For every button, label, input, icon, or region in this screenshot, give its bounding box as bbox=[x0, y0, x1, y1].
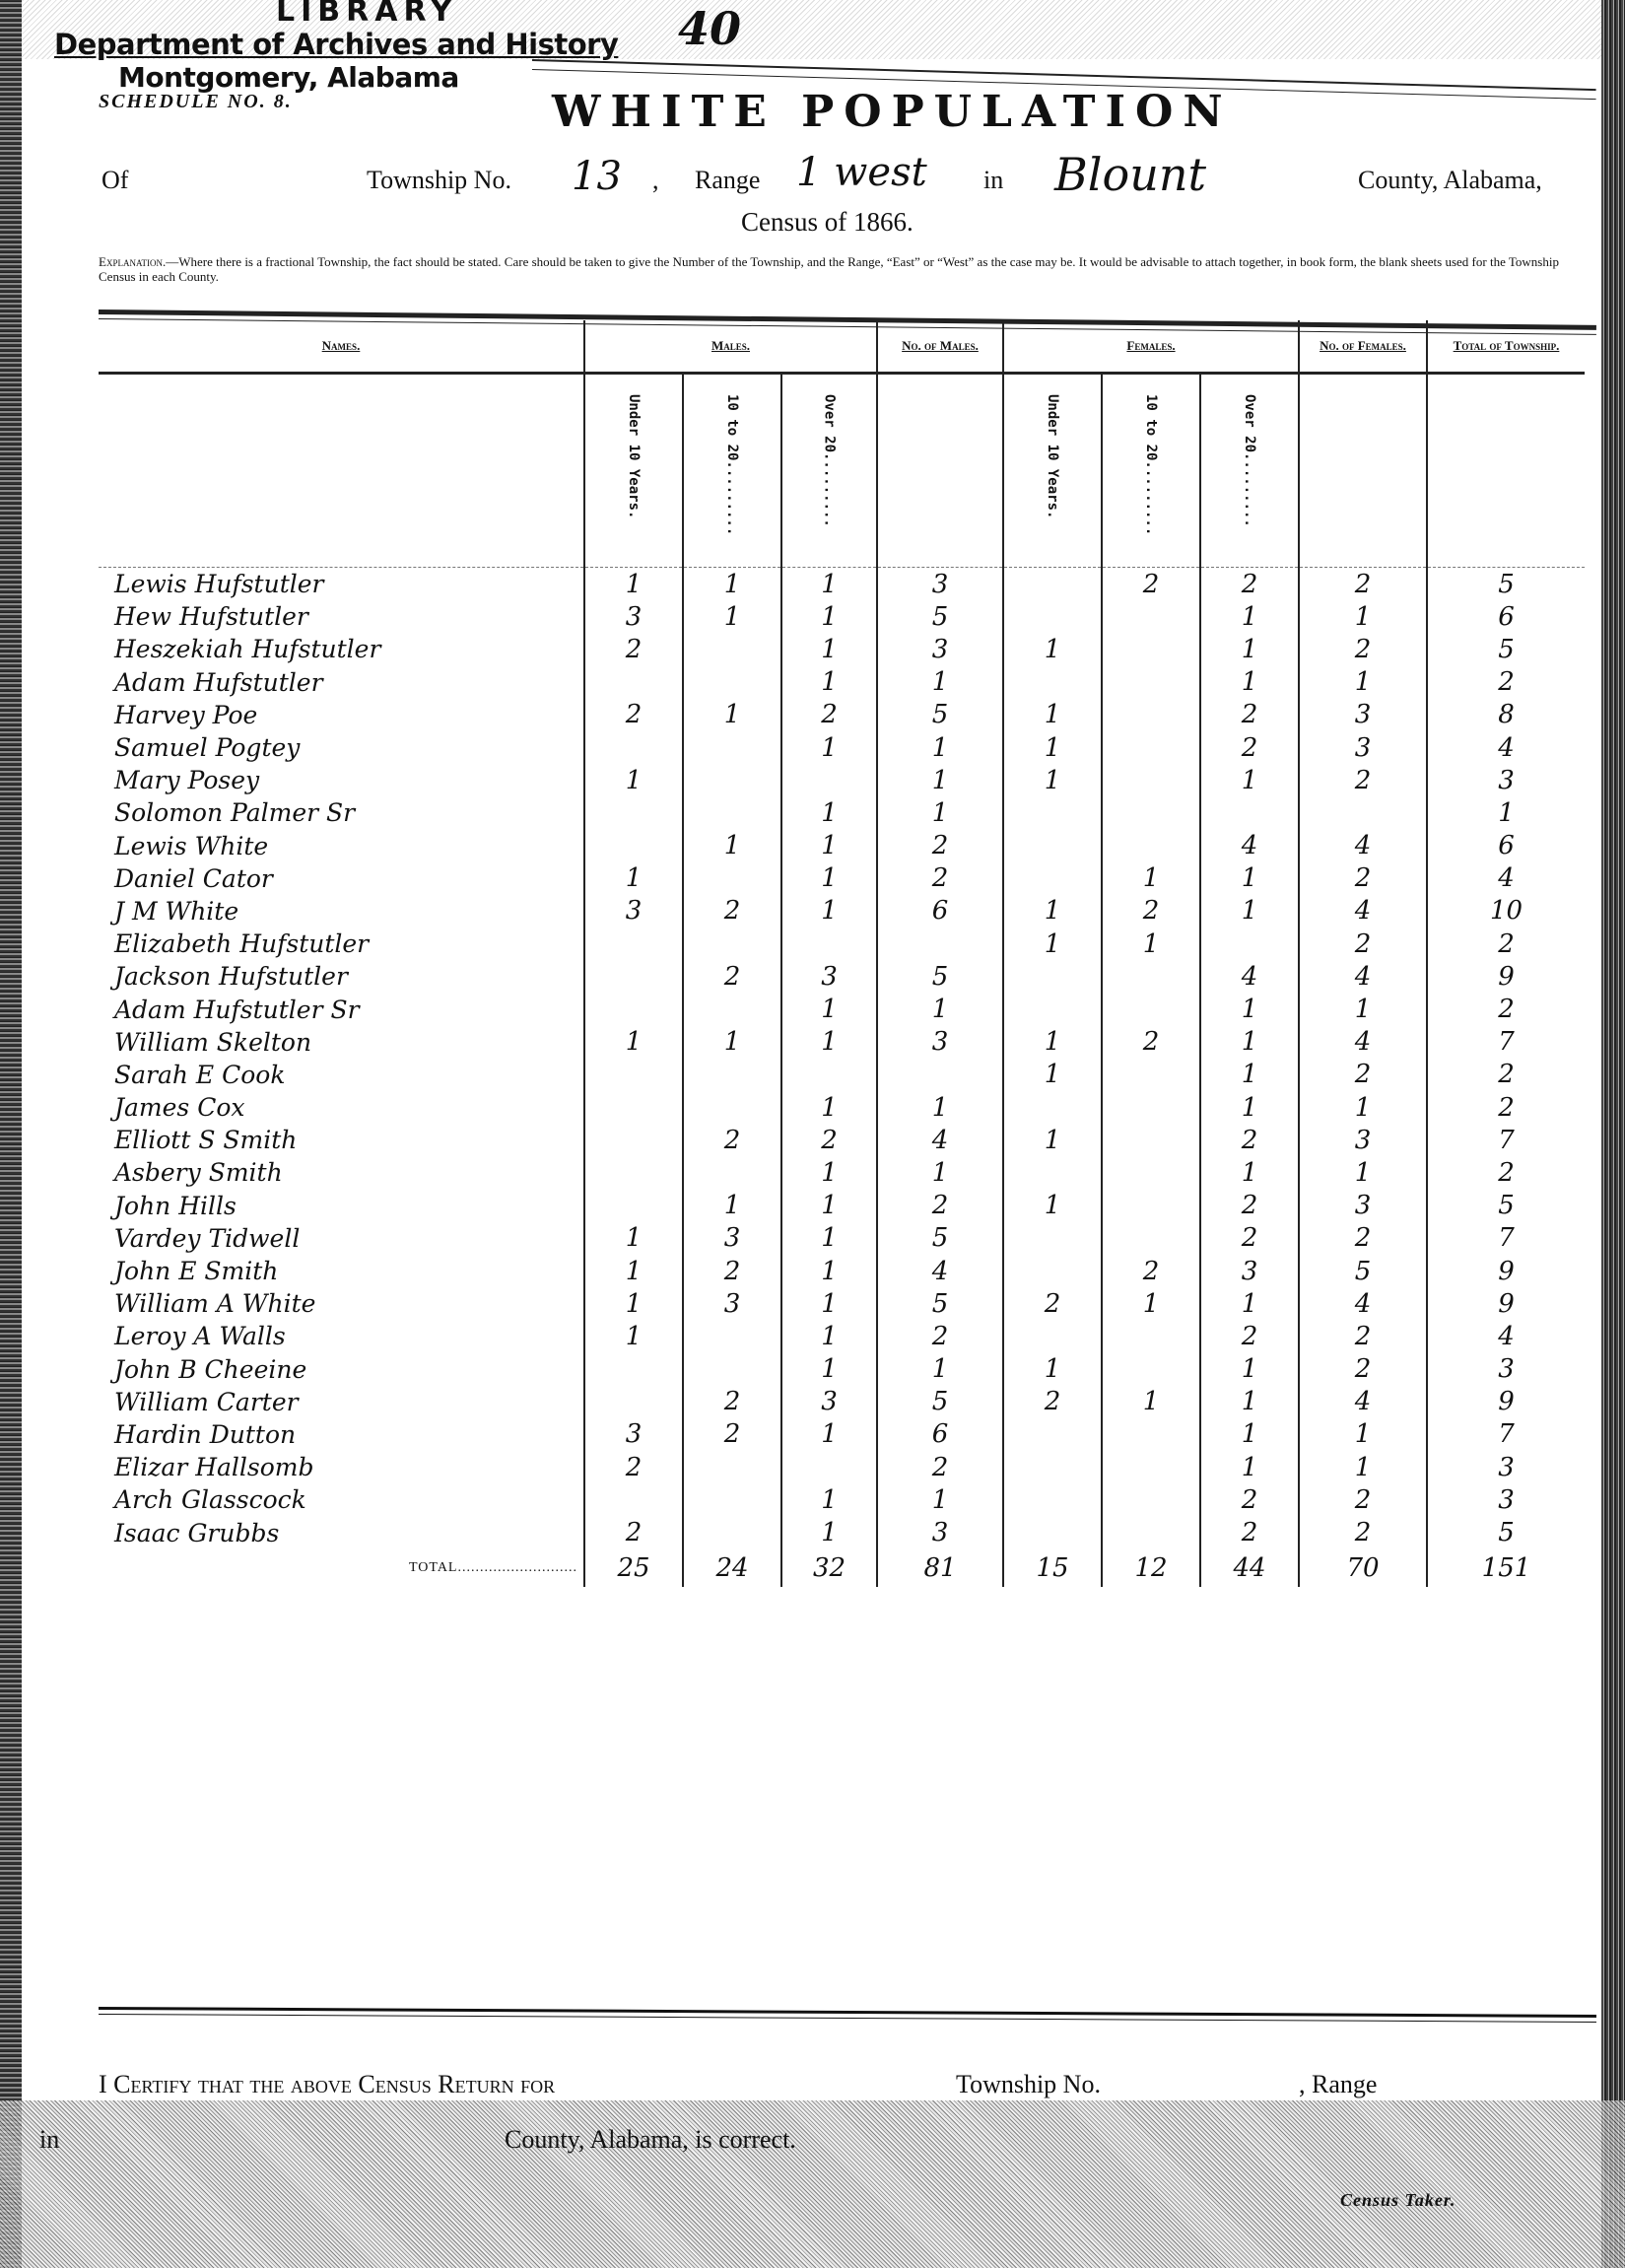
cell-female-over-20 bbox=[1200, 796, 1299, 829]
subheader-female-under-10: Under 10 Years. bbox=[1045, 394, 1060, 518]
cell-male-over-20: 1 bbox=[781, 1091, 877, 1124]
cell-no-of-females: 1 bbox=[1299, 1418, 1427, 1451]
cell-no-of-females bbox=[1299, 796, 1427, 829]
cell-male-under-10 bbox=[584, 666, 683, 699]
cell-female-over-20: 1 bbox=[1200, 862, 1299, 895]
total-row: TOTAL........................... 25 24 3… bbox=[99, 1549, 1585, 1587]
cell-female-under-10 bbox=[1003, 1320, 1102, 1352]
cell-female-under-10 bbox=[1003, 568, 1102, 601]
cell-male-under-10: 1 bbox=[584, 764, 683, 796]
household-name: Vardey Tidwell bbox=[99, 1222, 584, 1255]
cell-male-under-10: 2 bbox=[584, 1516, 683, 1548]
cell-male-over-20: 1 bbox=[781, 1287, 877, 1320]
cell-male-10-to-20: 3 bbox=[683, 1222, 781, 1255]
cell-no-of-females: 2 bbox=[1299, 1222, 1427, 1255]
subheader-males-blank bbox=[877, 374, 1003, 568]
cell-male-under-10: 1 bbox=[584, 1222, 683, 1255]
page-edge-bottom bbox=[0, 2100, 1625, 2268]
subheader-total-blank bbox=[1427, 374, 1585, 568]
cell-male-over-20: 3 bbox=[781, 1386, 877, 1418]
table-row: Jackson Hufstutler 2 3 5 4 4 9 bbox=[99, 960, 1585, 993]
cell-no-of-males: 2 bbox=[877, 1451, 1003, 1483]
cell-female-over-20: 1 bbox=[1200, 633, 1299, 665]
cell-male-over-20 bbox=[781, 1059, 877, 1091]
cell-female-under-10: 1 bbox=[1003, 928, 1102, 960]
cell-female-under-10: 1 bbox=[1003, 633, 1102, 665]
cell-male-over-20: 1 bbox=[781, 796, 877, 829]
cell-female-over-20: 2 bbox=[1200, 568, 1299, 601]
household-name: Solomon Palmer Sr bbox=[99, 796, 584, 829]
table-row: Elizabeth Hufstutler 1 1 2 2 bbox=[99, 928, 1585, 960]
cell-female-10-to-20: 1 bbox=[1102, 1287, 1200, 1320]
subheader-female-over-20: Over 20......... bbox=[1242, 394, 1257, 527]
cell-total: 7 bbox=[1427, 1222, 1585, 1255]
cell-male-10-to-20 bbox=[683, 796, 781, 829]
cell-female-over-20: 1 bbox=[1200, 1026, 1299, 1059]
cell-female-under-10: 1 bbox=[1003, 699, 1102, 731]
cell-male-under-10 bbox=[584, 1059, 683, 1091]
subheader-females-blank bbox=[1299, 374, 1427, 568]
cell-total: 7 bbox=[1427, 1418, 1585, 1451]
cell-total: 7 bbox=[1427, 1124, 1585, 1156]
cell-no-of-females: 4 bbox=[1299, 1026, 1427, 1059]
household-name: Jackson Hufstutler bbox=[99, 960, 584, 993]
page-title: WHITE POPULATION bbox=[552, 87, 1233, 137]
certification-line-1: I Certify that the above Census Return f… bbox=[99, 2070, 555, 2099]
cell-female-under-10: 1 bbox=[1003, 764, 1102, 796]
cell-female-over-20: 1 bbox=[1200, 764, 1299, 796]
township-value: 13 bbox=[572, 154, 622, 199]
cell-no-of-females: 4 bbox=[1299, 1386, 1427, 1418]
cell-male-10-to-20 bbox=[683, 731, 781, 764]
household-name: William Carter bbox=[99, 1386, 584, 1418]
cell-female-under-10 bbox=[1003, 1516, 1102, 1548]
cell-female-under-10 bbox=[1003, 1451, 1102, 1483]
cell-female-10-to-20 bbox=[1102, 1091, 1200, 1124]
cell-female-10-to-20 bbox=[1102, 1353, 1200, 1386]
table-row: Vardey Tidwell 1 3 1 5 2 2 7 bbox=[99, 1222, 1585, 1255]
cell-female-over-20: 2 bbox=[1200, 1190, 1299, 1222]
table-row: Heszekiah Hufstutler 2 1 3 1 1 2 5 bbox=[99, 633, 1585, 665]
cell-female-under-10 bbox=[1003, 1418, 1102, 1451]
cell-no-of-females: 2 bbox=[1299, 1353, 1427, 1386]
cell-female-under-10: 2 bbox=[1003, 1386, 1102, 1418]
cell-female-10-to-20 bbox=[1102, 600, 1200, 633]
subheader-male-10-to-20: 10 to 20......... bbox=[724, 394, 740, 535]
certify-text: I Certify that the above Census Return f… bbox=[99, 2070, 555, 2098]
table-row: Samuel Pogtey 1 1 1 2 3 4 bbox=[99, 731, 1585, 764]
table-row: Solomon Palmer Sr 1 1 1 bbox=[99, 796, 1585, 829]
cell-total: 4 bbox=[1427, 731, 1585, 764]
cell-female-under-10: 1 bbox=[1003, 1190, 1102, 1222]
cell-female-10-to-20: 2 bbox=[1102, 895, 1200, 928]
cell-male-under-10: 3 bbox=[584, 895, 683, 928]
cell-no-of-males: 2 bbox=[877, 862, 1003, 895]
cell-total: 9 bbox=[1427, 1386, 1585, 1418]
cell-no-of-females: 3 bbox=[1299, 1190, 1427, 1222]
household-name: Heszekiah Hufstutler bbox=[99, 633, 584, 665]
page-number: 40 bbox=[678, 2, 741, 55]
cell-female-under-10 bbox=[1003, 1222, 1102, 1255]
cell-male-over-20: 1 bbox=[781, 895, 877, 928]
cell-no-of-females: 3 bbox=[1299, 731, 1427, 764]
cell-male-10-to-20 bbox=[683, 633, 781, 665]
table-row: Lewis Hufstutler 1 1 1 3 2 2 2 5 bbox=[99, 568, 1585, 601]
table-row: William Carter 2 3 5 2 1 1 4 9 bbox=[99, 1386, 1585, 1418]
of-label: Of bbox=[102, 166, 128, 195]
cell-male-under-10: 2 bbox=[584, 633, 683, 665]
cell-male-under-10 bbox=[584, 796, 683, 829]
cell-female-under-10 bbox=[1003, 993, 1102, 1025]
cell-male-10-to-20 bbox=[683, 928, 781, 960]
cell-total: 9 bbox=[1427, 1255, 1585, 1287]
cell-total: 1 bbox=[1427, 796, 1585, 829]
cell-female-10-to-20: 2 bbox=[1102, 1026, 1200, 1059]
cell-male-under-10: 1 bbox=[584, 568, 683, 601]
table-row: Sarah E Cook 1 1 2 2 bbox=[99, 1059, 1585, 1091]
cell-total: 6 bbox=[1427, 830, 1585, 862]
household-name: J M White bbox=[99, 895, 584, 928]
cell-female-over-20: 1 bbox=[1200, 1353, 1299, 1386]
cell-male-under-10 bbox=[584, 830, 683, 862]
county-value: Blount bbox=[1054, 148, 1206, 201]
household-name: Elizabeth Hufstutler bbox=[99, 928, 584, 960]
cell-male-over-20: 1 bbox=[781, 1156, 877, 1189]
cell-female-10-to-20 bbox=[1102, 960, 1200, 993]
cell-no-of-males bbox=[877, 928, 1003, 960]
table-row: John B Cheeine 1 1 1 1 2 3 bbox=[99, 1353, 1585, 1386]
cell-female-over-20: 2 bbox=[1200, 1516, 1299, 1548]
cell-total: 3 bbox=[1427, 764, 1585, 796]
cell-no-of-males: 6 bbox=[877, 895, 1003, 928]
cell-male-10-to-20: 3 bbox=[683, 1287, 781, 1320]
cell-male-over-20: 1 bbox=[781, 830, 877, 862]
table-row: Hew Hufstutler 3 1 1 5 1 1 6 bbox=[99, 600, 1585, 633]
cell-female-under-10: 2 bbox=[1003, 1287, 1102, 1320]
cell-male-10-to-20 bbox=[683, 1353, 781, 1386]
cell-male-10-to-20 bbox=[683, 1091, 781, 1124]
cell-male-over-20: 1 bbox=[781, 1320, 877, 1352]
cell-no-of-males: 1 bbox=[877, 666, 1003, 699]
cell-no-of-males: 1 bbox=[877, 1091, 1003, 1124]
cell-male-under-10 bbox=[584, 1386, 683, 1418]
cell-male-10-to-20 bbox=[683, 666, 781, 699]
cell-no-of-males: 5 bbox=[877, 960, 1003, 993]
cell-female-10-to-20: 2 bbox=[1102, 1255, 1200, 1287]
cell-total: 2 bbox=[1427, 1091, 1585, 1124]
cell-female-over-20: 2 bbox=[1200, 1483, 1299, 1516]
cell-total: 2 bbox=[1427, 1156, 1585, 1189]
cell-male-10-to-20: 2 bbox=[683, 960, 781, 993]
cell-male-over-20: 1 bbox=[781, 1418, 877, 1451]
cell-male-10-to-20 bbox=[683, 993, 781, 1025]
cell-no-of-males: 5 bbox=[877, 1287, 1003, 1320]
household-name: John E Smith bbox=[99, 1255, 584, 1287]
table-bottom-rule bbox=[99, 2007, 1596, 2018]
cell-no-of-females: 1 bbox=[1299, 600, 1427, 633]
cell-female-over-20: 2 bbox=[1200, 1124, 1299, 1156]
cell-male-over-20: 1 bbox=[781, 1190, 877, 1222]
cell-no-of-females: 1 bbox=[1299, 666, 1427, 699]
cell-male-10-to-20: 1 bbox=[683, 830, 781, 862]
cell-total: 5 bbox=[1427, 1516, 1585, 1548]
cell-male-under-10: 1 bbox=[584, 862, 683, 895]
cell-female-over-20: 1 bbox=[1200, 666, 1299, 699]
cell-male-over-20: 1 bbox=[781, 568, 877, 601]
cell-male-10-to-20 bbox=[683, 764, 781, 796]
cell-female-10-to-20 bbox=[1102, 1156, 1200, 1189]
cell-female-over-20: 2 bbox=[1200, 1320, 1299, 1352]
subheader-male-under-10: Under 10 Years. bbox=[626, 394, 642, 518]
cell-male-10-to-20 bbox=[683, 1156, 781, 1189]
cell-total: 5 bbox=[1427, 1190, 1585, 1222]
cell-no-of-males: 4 bbox=[877, 1124, 1003, 1156]
cell-female-10-to-20 bbox=[1102, 666, 1200, 699]
cell-female-over-20: 1 bbox=[1200, 1451, 1299, 1483]
cell-male-under-10: 3 bbox=[584, 1418, 683, 1451]
cell-male-over-20: 1 bbox=[781, 1026, 877, 1059]
cell-female-under-10 bbox=[1003, 796, 1102, 829]
household-name: Elliott S Smith bbox=[99, 1124, 584, 1156]
cell-no-of-females: 4 bbox=[1299, 895, 1427, 928]
cell-female-10-to-20 bbox=[1102, 1451, 1200, 1483]
household-name: Elizar Hallsomb bbox=[99, 1451, 584, 1483]
cell-female-10-to-20 bbox=[1102, 1320, 1200, 1352]
explanation-text: —Where there is a fractional Township, t… bbox=[99, 254, 1559, 284]
cell-no-of-males: 5 bbox=[877, 1222, 1003, 1255]
cell-male-over-20: 1 bbox=[781, 1255, 877, 1287]
library-stamp: LIBRARY bbox=[276, 0, 458, 29]
cell-no-of-males: 6 bbox=[877, 1418, 1003, 1451]
cell-male-under-10 bbox=[584, 1091, 683, 1124]
cell-no-of-males: 1 bbox=[877, 993, 1003, 1025]
schedule-number: SCHEDULE NO. 8. bbox=[99, 91, 293, 113]
cell-female-over-20: 4 bbox=[1200, 960, 1299, 993]
household-name: James Cox bbox=[99, 1091, 584, 1124]
cell-female-10-to-20 bbox=[1102, 1418, 1200, 1451]
cell-male-under-10 bbox=[584, 1156, 683, 1189]
household-name: William A White bbox=[99, 1287, 584, 1320]
cell-female-10-to-20 bbox=[1102, 764, 1200, 796]
census-table: Names. Males. No. of Males. Females. No.… bbox=[99, 320, 1585, 1587]
cell-female-under-10 bbox=[1003, 1483, 1102, 1516]
cell-male-10-to-20: 2 bbox=[683, 1386, 781, 1418]
cell-female-over-20: 2 bbox=[1200, 1222, 1299, 1255]
cell-female-10-to-20: 2 bbox=[1102, 568, 1200, 601]
certification-in: in bbox=[39, 2125, 59, 2155]
cell-total: 8 bbox=[1427, 699, 1585, 731]
table-row: Daniel Cator 1 1 2 1 1 2 4 bbox=[99, 862, 1585, 895]
cell-male-over-20 bbox=[781, 764, 877, 796]
cell-male-10-to-20: 1 bbox=[683, 1026, 781, 1059]
household-name: John B Cheeine bbox=[99, 1353, 584, 1386]
cell-male-under-10: 2 bbox=[584, 699, 683, 731]
page-edge-right bbox=[1601, 0, 1625, 2268]
cell-no-of-females: 2 bbox=[1299, 862, 1427, 895]
table-row: Asbery Smith 1 1 1 1 2 bbox=[99, 1156, 1585, 1189]
cell-female-10-to-20 bbox=[1102, 1059, 1200, 1091]
cell-male-under-10: 3 bbox=[584, 600, 683, 633]
cell-female-under-10 bbox=[1003, 960, 1102, 993]
cell-female-10-to-20 bbox=[1102, 1483, 1200, 1516]
cell-no-of-males: 1 bbox=[877, 731, 1003, 764]
header-males: Males. bbox=[584, 320, 877, 374]
cell-no-of-males: 3 bbox=[877, 568, 1003, 601]
header-no-of-males: No. of Males. bbox=[877, 320, 1003, 374]
household-name: Hew Hufstutler bbox=[99, 600, 584, 633]
household-name: Isaac Grubbs bbox=[99, 1516, 584, 1548]
cell-female-10-to-20 bbox=[1102, 731, 1200, 764]
cell-no-of-females: 1 bbox=[1299, 993, 1427, 1025]
cell-male-under-10 bbox=[584, 993, 683, 1025]
cell-female-under-10: 1 bbox=[1003, 1059, 1102, 1091]
cell-male-under-10 bbox=[584, 731, 683, 764]
explanation-lead: Explanation. bbox=[99, 254, 166, 269]
household-name: Samuel Pogtey bbox=[99, 731, 584, 764]
cell-female-over-20: 1 bbox=[1200, 1287, 1299, 1320]
cell-male-over-20: 1 bbox=[781, 1222, 877, 1255]
cell-male-over-20: 2 bbox=[781, 699, 877, 731]
cell-male-10-to-20: 1 bbox=[683, 699, 781, 731]
cell-female-over-20: 1 bbox=[1200, 1059, 1299, 1091]
cell-total: 5 bbox=[1427, 568, 1585, 601]
total-female-10-to-20: 12 bbox=[1102, 1549, 1200, 1587]
total-male-under-10: 25 bbox=[584, 1549, 683, 1587]
cell-no-of-males: 1 bbox=[877, 1156, 1003, 1189]
cell-male-10-to-20: 2 bbox=[683, 1124, 781, 1156]
table-row: Isaac Grubbs 2 1 3 2 2 5 bbox=[99, 1516, 1585, 1548]
cell-no-of-females: 4 bbox=[1299, 1287, 1427, 1320]
cell-total: 4 bbox=[1427, 862, 1585, 895]
cell-total: 5 bbox=[1427, 633, 1585, 665]
cell-male-10-to-20 bbox=[683, 1483, 781, 1516]
cell-no-of-females: 3 bbox=[1299, 1124, 1427, 1156]
cell-female-over-20: 4 bbox=[1200, 830, 1299, 862]
cell-male-over-20: 1 bbox=[781, 600, 877, 633]
cell-male-over-20 bbox=[781, 1451, 877, 1483]
household-name: Adam Hufstutler bbox=[99, 666, 584, 699]
cell-no-of-males: 1 bbox=[877, 1353, 1003, 1386]
cell-male-10-to-20 bbox=[683, 862, 781, 895]
range-value: 1 west bbox=[796, 150, 927, 195]
cell-female-10-to-20 bbox=[1102, 830, 1200, 862]
cell-total: 7 bbox=[1427, 1026, 1585, 1059]
total-males: 81 bbox=[877, 1549, 1003, 1587]
table-row: John Hills 1 1 2 1 2 3 5 bbox=[99, 1190, 1585, 1222]
cell-female-10-to-20 bbox=[1102, 1190, 1200, 1222]
subheader-female-10-to-20: 10 to 20......... bbox=[1143, 394, 1159, 535]
cell-no-of-males: 3 bbox=[877, 633, 1003, 665]
cell-female-over-20: 1 bbox=[1200, 1091, 1299, 1124]
certification-range: , Range bbox=[1299, 2070, 1377, 2099]
cell-male-10-to-20 bbox=[683, 1059, 781, 1091]
cell-no-of-females: 2 bbox=[1299, 633, 1427, 665]
cell-male-10-to-20: 1 bbox=[683, 568, 781, 601]
total-female-over-20: 44 bbox=[1200, 1549, 1299, 1587]
cell-male-under-10 bbox=[584, 1190, 683, 1222]
cell-female-under-10 bbox=[1003, 1091, 1102, 1124]
household-name: Daniel Cator bbox=[99, 862, 584, 895]
cell-no-of-males: 2 bbox=[877, 1320, 1003, 1352]
cell-no-of-males: 2 bbox=[877, 830, 1003, 862]
cell-female-under-10 bbox=[1003, 1156, 1102, 1189]
page-edge-left bbox=[0, 0, 22, 2268]
header-females: Females. bbox=[1003, 320, 1299, 374]
cell-no-of-males: 2 bbox=[877, 1190, 1003, 1222]
total-township: 151 bbox=[1427, 1549, 1585, 1587]
cell-male-over-20: 1 bbox=[781, 731, 877, 764]
certification-township: Township No. bbox=[956, 2070, 1101, 2099]
cell-female-under-10 bbox=[1003, 862, 1102, 895]
total-male-over-20: 32 bbox=[781, 1549, 877, 1587]
household-name: John Hills bbox=[99, 1190, 584, 1222]
cell-female-over-20: 2 bbox=[1200, 699, 1299, 731]
cell-female-10-to-20: 1 bbox=[1102, 1386, 1200, 1418]
cell-male-over-20: 1 bbox=[781, 862, 877, 895]
cell-total: 6 bbox=[1427, 600, 1585, 633]
cell-female-under-10: 1 bbox=[1003, 1353, 1102, 1386]
cell-female-10-to-20 bbox=[1102, 1222, 1200, 1255]
cell-no-of-females: 5 bbox=[1299, 1255, 1427, 1287]
cell-no-of-males: 3 bbox=[877, 1516, 1003, 1548]
table-row: Leroy A Walls 1 1 2 2 2 4 bbox=[99, 1320, 1585, 1352]
comma: , bbox=[652, 166, 659, 195]
table-row: Elliott S Smith 2 2 4 1 2 3 7 bbox=[99, 1124, 1585, 1156]
header-total-of-township: Total of Township. bbox=[1427, 320, 1585, 374]
cell-male-under-10 bbox=[584, 1353, 683, 1386]
cell-male-10-to-20: 2 bbox=[683, 1255, 781, 1287]
table-row: James Cox 1 1 1 1 2 bbox=[99, 1091, 1585, 1124]
cell-no-of-females: 2 bbox=[1299, 928, 1427, 960]
cell-male-under-10: 1 bbox=[584, 1320, 683, 1352]
cell-male-under-10 bbox=[584, 1124, 683, 1156]
department-stamp: Department of Archives and History bbox=[54, 28, 618, 61]
cell-no-of-females: 2 bbox=[1299, 764, 1427, 796]
cell-female-under-10: 1 bbox=[1003, 731, 1102, 764]
cell-no-of-females: 2 bbox=[1299, 1483, 1427, 1516]
cell-male-10-to-20: 2 bbox=[683, 1418, 781, 1451]
cell-no-of-males: 5 bbox=[877, 699, 1003, 731]
household-name: Lewis White bbox=[99, 830, 584, 862]
subheader-male-over-20: Over 20......... bbox=[822, 394, 838, 527]
table-row: Hardin Dutton 3 2 1 6 1 1 7 bbox=[99, 1418, 1585, 1451]
cell-male-under-10: 1 bbox=[584, 1026, 683, 1059]
cell-male-over-20: 3 bbox=[781, 960, 877, 993]
cell-female-over-20: 1 bbox=[1200, 600, 1299, 633]
cell-male-over-20: 2 bbox=[781, 1124, 877, 1156]
cell-female-under-10: 1 bbox=[1003, 895, 1102, 928]
header-no-of-females: No. of Females. bbox=[1299, 320, 1427, 374]
cell-no-of-females: 3 bbox=[1299, 699, 1427, 731]
cell-male-over-20: 1 bbox=[781, 633, 877, 665]
household-name: Mary Posey bbox=[99, 764, 584, 796]
cell-male-over-20: 1 bbox=[781, 993, 877, 1025]
household-name: Harvey Poe bbox=[99, 699, 584, 731]
household-name: Adam Hufstutler Sr bbox=[99, 993, 584, 1025]
census-taker-label: Census Taker. bbox=[1340, 2190, 1456, 2211]
cell-female-over-20: 2 bbox=[1200, 731, 1299, 764]
household-name: Hardin Dutton bbox=[99, 1418, 584, 1451]
cell-male-under-10: 2 bbox=[584, 1451, 683, 1483]
cell-no-of-males: 1 bbox=[877, 764, 1003, 796]
cell-total: 3 bbox=[1427, 1483, 1585, 1516]
range-label: Range bbox=[695, 166, 760, 195]
cell-female-under-10 bbox=[1003, 1255, 1102, 1287]
cell-no-of-females: 1 bbox=[1299, 1451, 1427, 1483]
cell-female-10-to-20 bbox=[1102, 993, 1200, 1025]
cell-no-of-females: 1 bbox=[1299, 1156, 1427, 1189]
total-male-10-to-20: 24 bbox=[683, 1549, 781, 1587]
